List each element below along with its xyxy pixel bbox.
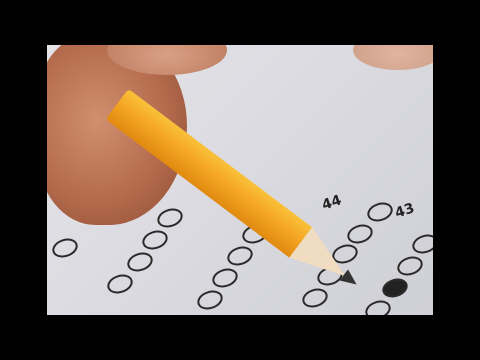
answer-bubble — [50, 235, 80, 260]
question-number-43: 43 — [393, 200, 416, 221]
answer-bubble — [300, 285, 330, 310]
answer-bubble — [395, 253, 425, 278]
question-number-44: 44 — [320, 192, 343, 213]
finger-background — [353, 45, 433, 70]
answer-bubble — [210, 265, 240, 290]
photo-answer-sheet: 44 43 — [47, 45, 433, 315]
answer-bubble — [125, 249, 155, 274]
answer-bubble — [105, 271, 135, 296]
answer-bubble — [225, 243, 255, 268]
answer-bubble — [155, 205, 185, 230]
answer-bubble-filled — [380, 275, 410, 300]
answer-bubble — [345, 221, 375, 246]
answer-bubble — [195, 287, 225, 312]
answer-bubble — [363, 297, 393, 315]
answer-bubble — [410, 231, 433, 256]
answer-bubble — [140, 227, 170, 252]
answer-bubble — [365, 199, 395, 224]
